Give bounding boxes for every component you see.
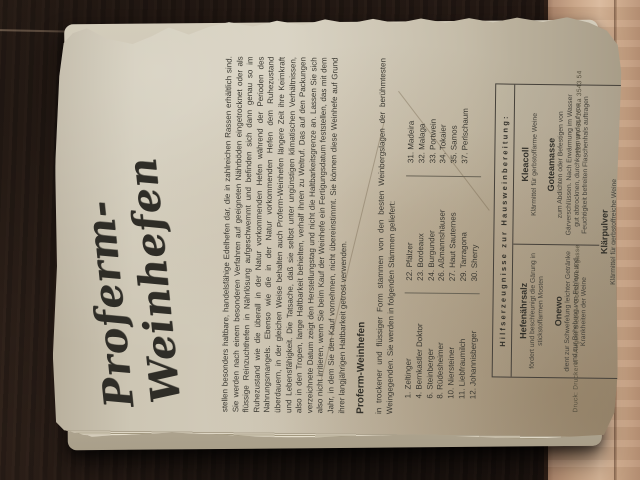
product-block: Kleacoll Klärmittel für gerbstoffarme We… bbox=[519, 90, 540, 239]
list-item: 23. Bordeaux bbox=[417, 182, 427, 281]
product-description: Klärmittel für gerbstoffreiche Weine bbox=[609, 144, 619, 319]
page-content: Proferm-Weinhefen stellen besonders halt… bbox=[72, 54, 585, 416]
script-title: Proferm-Weinhefen bbox=[61, 52, 190, 410]
list-item: 33. Portwein bbox=[429, 65, 439, 164]
intro-paragraph: stellen besonders haltbare, handelsfähig… bbox=[220, 56, 351, 414]
list-item: 30. Sherry bbox=[471, 183, 481, 282]
list-item: 1. Zeltinger bbox=[404, 300, 414, 399]
print-code: 2116 WV 61-10 Ka 3543 54 bbox=[575, 70, 583, 157]
product-description: Klärmittel für gerbstoffarme Weine bbox=[530, 90, 540, 239]
strains-heading: Proferm-Weinhefen bbox=[355, 58, 370, 414]
list-item: 29. Tarragona bbox=[460, 183, 470, 282]
strain-column-2: 22. Pfälzer 23. Bordeaux 24. Burgunder 2… bbox=[405, 176, 482, 295]
product-block: Onewo dient zur Schwefelung leichter Get… bbox=[552, 250, 589, 372]
auxiliary-products-box: Hilfserzeugnisse zur Hausweinbereitung: … bbox=[492, 83, 628, 379]
booklet-rotated-wrapper: Proferm-Weinhefen stellen besonders halt… bbox=[52, 6, 622, 443]
product-name: Onewo bbox=[552, 250, 563, 372]
list-item: 35. Samos bbox=[450, 65, 460, 164]
list-item: 4. Bernkastler Doktor bbox=[415, 300, 425, 399]
ad-box-right-column: Kleacoll Klärmittel für gerbstoffarme We… bbox=[513, 85, 600, 246]
product-block: Hefenährsalz fördert und beschleunigt di… bbox=[518, 250, 547, 372]
list-item: 12. Johannisberger bbox=[469, 300, 479, 399]
list-item: 32. Malaga bbox=[418, 64, 428, 163]
list-item: 27. Haut Sauternes bbox=[449, 183, 459, 282]
strain-column-3: 31. Madeira 32. Malaga 33. Portwein 34. … bbox=[406, 58, 483, 177]
product-name: Kleacoll bbox=[519, 90, 531, 239]
ad-box-columns: Hefenährsalz fördert und beschleunigt di… bbox=[512, 85, 601, 378]
strains-list: 1. Zeltinger 4. Bernkastler Doktor 6. St… bbox=[403, 58, 482, 411]
list-item: 8. Rüdesheimer bbox=[437, 300, 447, 399]
list-item: 10. Niersteiner bbox=[448, 300, 458, 399]
list-item: 24. Burgunder bbox=[427, 182, 437, 281]
list-item: 11. Liebfraumilch bbox=[458, 300, 468, 399]
product-block: Goteamasse zum Abdichten oder Befestigen… bbox=[546, 90, 592, 240]
strain-column-1: 1. Zeltinger 4. Bernkastler Doktor 6. St… bbox=[403, 294, 480, 412]
list-item: 26. Aßmannshäuser bbox=[438, 182, 448, 281]
booklet-back-cover: Proferm-Weinhefen stellen besonders halt… bbox=[52, 6, 622, 443]
list-item: 22. Pfälzer bbox=[406, 182, 416, 281]
list-item: 34. Tokaier bbox=[440, 65, 450, 164]
list-item: 6. Steinberger bbox=[426, 300, 436, 399]
ad-box-left-column: Hefenährsalz fördert und beschleunigt di… bbox=[512, 245, 599, 378]
list-item: 37. Perlschaum bbox=[461, 65, 471, 164]
list-item: 31. Madeira bbox=[407, 64, 417, 163]
product-name: Hefenährsalz bbox=[518, 250, 529, 372]
strains-intro: in trockener und flüssiger Form stammen … bbox=[374, 58, 399, 414]
product-description: fördert und beschleunigt die Gärung in s… bbox=[529, 250, 547, 372]
product-name: Goteamasse bbox=[546, 90, 558, 239]
